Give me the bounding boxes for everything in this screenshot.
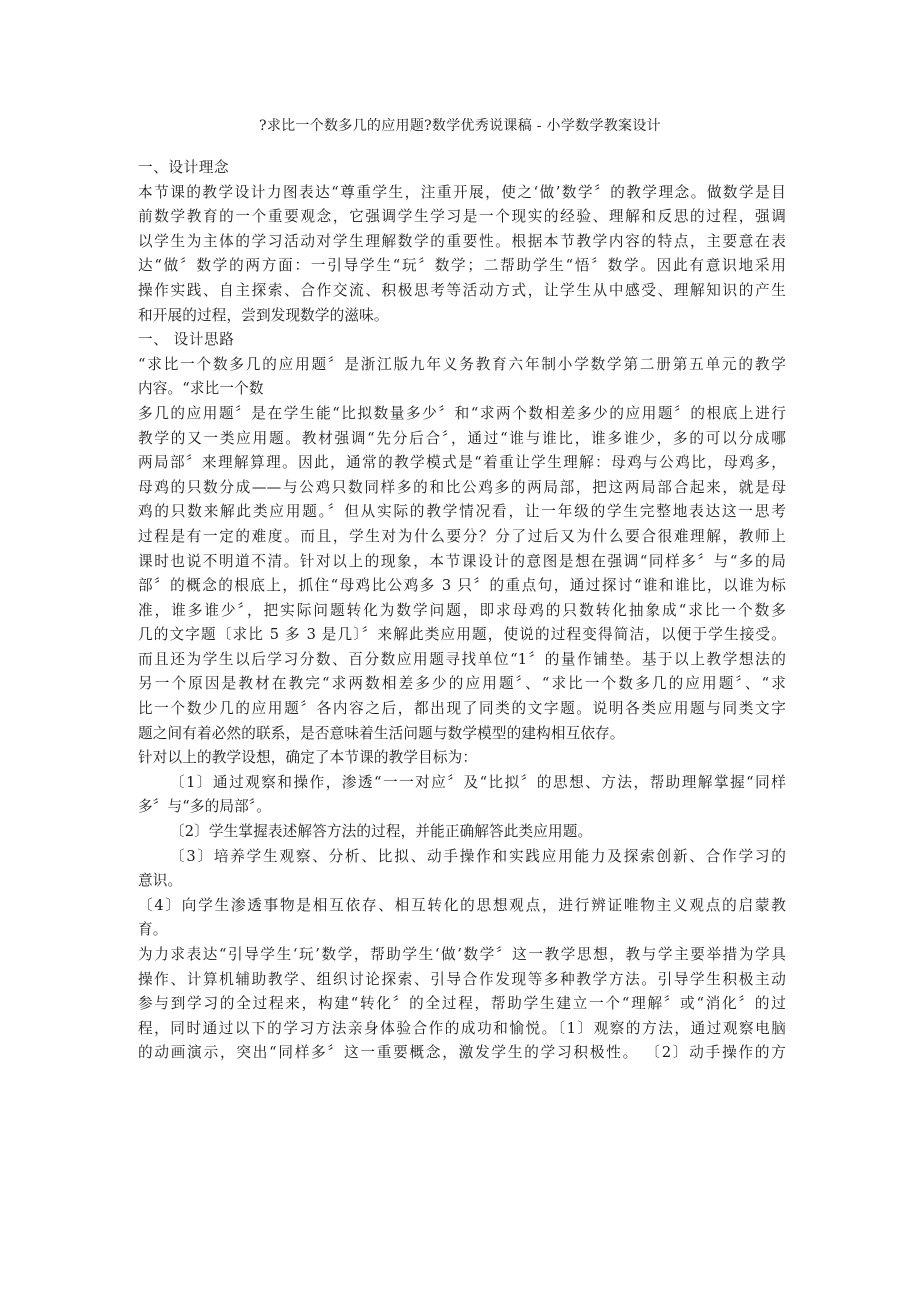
paragraph-line: 几的文字题〔求比 5 多 3 是几〕〞来解此类应用题，使说的过程变得简洁，以便于… [138,623,786,648]
document-title: ?求比一个数多几的应用题?数学优秀说课稿 - 小学数学教案设计 [0,116,920,136]
paragraph-line: 内容。“求比一个数 [138,377,786,402]
paragraph-line: 母鸡的只数分成——与公鸡只数同样多的和比公鸡多的两局部，把这两局部合起来，就是母 [138,476,786,501]
paragraph-line: 两局部〞来理解算理。因此，通常的教学模式是“着重让学生理解：母鸡与公鸡比，母鸡多… [138,451,786,476]
paragraph-line: 另一个原因是教材在教完“求两数相差多少的应用题〞、“求比一个数多几的应用题〞、“… [138,672,786,697]
paragraph-line: 的动画演示，突出“同样多〞这一重要概念，激发学生的学习积极性。 〔2〕动手操作的… [138,1041,786,1066]
paragraph-line: 达“做〞数学的两方面：一引导学生“玩〞数学；二帮助学生“悟〞数学。因此有意识地采… [138,254,786,279]
goal-item-2: 〔2〕学生掌握表述解答方法的过程，并能正确解答此类应用题。 [138,820,786,845]
paragraph-line: 题之间有着必然的联系，是否意味着生活问题与数学模型的建构相互依存。 [138,722,786,747]
paragraph-line: 教学的又一类应用题。教材强调“先分后合〞，通过“谁与谁比，谁多谁少，多的可以分成… [138,427,786,452]
paragraph-line: 程，同时通过以下的学习方法亲身体验合作的成功和愉悦。〔1〕观察的方法，通过观察电… [138,1017,786,1042]
document-page: ?求比一个数多几的应用题?数学优秀说课稿 - 小学数学教案设计 一、设计理念 本… [0,0,920,1302]
paragraph-line: 而且还为学生以后学习分数、百分数应用题寻找单位“1〞的量作铺垫。基于以上教学想法… [138,648,786,673]
paragraph-line: 多几的应用题〞是在学生能“比拟数量多少〞和“求两个数相差多少的应用题〞的根底上进… [138,402,786,427]
paragraph-line: 和开展的过程，尝到发现数学的滋味。 [138,304,786,329]
paragraph-line: 课时也说不明道不清。针对以上的现象，本节课设计的意图是想在强调“同样多〞与“多的… [138,550,786,575]
goals-intro-line: 针对以上的教学设想，确定了本节课的教学目标为： [138,746,786,771]
goal-item-4: 〔4〕向学生渗透事物是相互依存、相互转化的思想观点，进行辨证唯物主义观点的启蒙教 [138,894,786,919]
paragraph-line: 前数学教育的一个重要观念，它强调学生学习是一个现实的经验、理解和反思的过程，强调 [138,205,786,230]
paragraph-line: 为力求表达“引导学生‘玩’数学，帮助学生‘做’数学〞这一教学思想，教与学主要举措… [138,943,786,968]
paragraph-line: 鸡的只数来解此类应用题。〞但从实际的教学情况看，让一年级的学生完整地表达这一思考 [138,500,786,525]
paragraph-line: 比一个数少几的应用题〞各内容之后，都出现了同类的文字题。说明各类应用题与同类文字 [138,697,786,722]
paragraph-line: 以学生为主体的学习活动对学生理解数学的重要性。根据本节教学内容的特点，主要意在表 [138,230,786,255]
paragraph-line: 操作、计算机辅助教学、组织讨论探索、引导合作发现等多种教学方法。引导学生积极主动 [138,968,786,993]
section-heading-design-concept: 一、设计理念 [138,156,786,181]
paragraph-line: 准，谁多谁少〞，把实际问题转化为数学问题，即求母鸡的只数转化抽象成“求比一个数多 [138,599,786,624]
document-body: 一、设计理念 本节课的教学设计力图表达“尊重学生，注重开展，使之‘做’数学〞的教… [138,156,786,1066]
goal-item-1: 〔1〕通过观察和操作，渗透“一一对应〞及“比拟〞的思想、方法，帮助理解掌握“同样 [138,771,786,796]
goal-item-1-continued: 多〞与“多的局部〞。 [138,795,786,820]
goal-item-4-continued: 育。 [138,918,786,943]
paragraph-line: 部〞的概念的根底上，抓住“母鸡比公鸡多 3 只〞的重点句，通过探讨“谁和谁比，以… [138,574,786,599]
goal-item-3: 〔3〕培养学生观察、分析、比拟、动手操作和实践应用能力及探索创新、合作学习的 [138,845,786,870]
paragraph-line: 本节课的教学设计力图表达“尊重学生，注重开展，使之‘做’数学〞的教学理念。做数学… [138,181,786,206]
goal-item-3-continued: 意识。 [138,869,786,894]
paragraph-line: 参与到学习的全过程来，构建“转化〞的全过程，帮助学生建立一个“理解〞或“消化〞的… [138,992,786,1017]
paragraph-line: 过程是有一定的难度。而且，学生对为什么要分？分了过后又为什么要合很难理解，教师上 [138,525,786,550]
section-heading-design-approach: 一、 设计思路 [138,328,786,353]
paragraph-line: “求比一个数多几的应用题〞是浙江版九年义务教育六年制小学数学第二册第五单元的教学 [138,353,786,378]
paragraph-line: 操作实践、自主探索、合作交流、积极思考等活动方式，让学生从中感受、理解知识的产生 [138,279,786,304]
